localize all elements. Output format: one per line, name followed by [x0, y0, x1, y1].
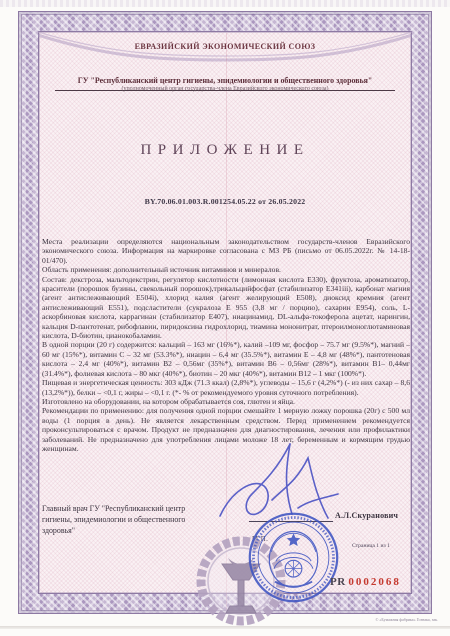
scan-shadow	[0, 626, 450, 629]
serial-prefix: PR	[330, 576, 346, 588]
paragraph-allergen-note: Изготовлено на оборудовании, на котором …	[42, 397, 410, 406]
authority-name: ГУ "Республиканский центр гигиены, эпиде…	[78, 76, 373, 85]
body-text: Места реализации определяются национальн…	[42, 237, 410, 453]
paragraph-places-of-sale: Места реализации определяются национальн…	[42, 237, 410, 265]
serial-number: 0002068	[348, 576, 401, 588]
signatory-title: Главный врач ГУ "Республиканский центр г…	[42, 503, 214, 536]
page-indicator: Страница 1 из 1	[352, 543, 390, 549]
scan-artifact	[0, 0, 450, 7]
paragraph-per-serving: В одной порции (20 г) содержится: кальци…	[42, 340, 410, 378]
paragraph-composition: Состав: декстроза, мальтодекстрин, регул…	[42, 275, 410, 341]
authority-note: (уполномоченный орган государства-члена …	[0, 86, 450, 92]
serial-number-block: PR 0002068	[330, 576, 401, 588]
union-header: ЕВРАЗИЙСКИЙ ЭКОНОМИЧЕСКИЙ СОЮЗ	[0, 42, 450, 51]
certificate-page: ЕВРАЗИЙСКИЙ ЭКОНОМИЧЕСКИЙ СОЮЗ ГУ "Респу…	[0, 0, 450, 636]
page-title: ПРИЛОЖЕНИЕ	[0, 142, 450, 159]
printer-microtext: © «Бумажная фабрика» Гознака, зак.	[300, 617, 438, 622]
signatory-name: А.Л.Скуранович	[335, 511, 398, 520]
paragraph-application-area: Область применения: дополнительный источ…	[42, 265, 410, 274]
round-state-stamp-icon	[247, 511, 340, 604]
paragraph-nutrition-value: Пищевая и энергетическая ценность: 303 к…	[42, 378, 410, 397]
certificate-number: BY.70.06.01.003.R.001254.05.22 от 26.05.…	[0, 197, 450, 206]
